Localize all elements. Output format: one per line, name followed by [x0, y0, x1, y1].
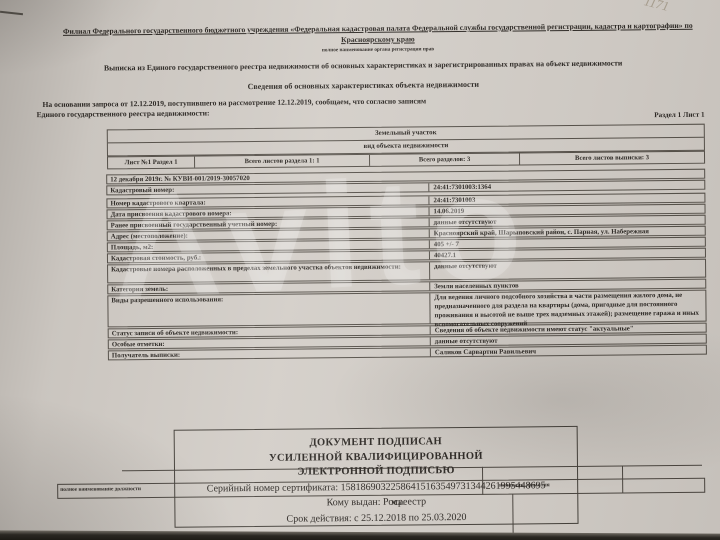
row-label: Кадастровая стоимость, руб.:	[108, 251, 430, 262]
sheet-cell-4: Всего листов выписки: 3	[520, 152, 704, 165]
stamp-validity: Срок действия: с 25.12.2018 по 25.03.202…	[286, 510, 466, 527]
basis-line-1: На основании запроса от 12.12.2019, пост…	[42, 96, 426, 109]
row-value: 405 +/- 7	[430, 238, 705, 249]
sheet-cell-3: Всего разделов: 3	[370, 153, 520, 165]
row-value: данные отсутствуют	[431, 335, 706, 346]
row-label: Номер кадастрового квартала:	[107, 196, 429, 207]
row-label: Статус записи об объекте недвижимости:	[109, 326, 431, 337]
row-label: Получатель выписки:	[109, 348, 431, 359]
row-label: Особые отметки:	[109, 337, 431, 348]
row-label: Дата присвоения кадастрового номера:	[108, 207, 430, 218]
row-label: Адрес (местоположение):	[108, 229, 430, 240]
section-sheet-label: Раздел 1 Лист 1	[559, 111, 705, 120]
row-value: Сведения об объекте недвижимости имеют с…	[431, 324, 706, 335]
sheet-cell-1: Лист №1 Раздел 1	[108, 157, 195, 169]
row-value: 14.06.2019	[429, 205, 704, 216]
row-value: данные отсутствуют	[430, 260, 705, 280]
stamp-issued-to: Кому выдан: Росреестр	[327, 495, 427, 512]
egrn-extract-document: Филиал Федерального государственного бюд…	[0, 0, 720, 540]
row-label: Категория земель:	[108, 282, 430, 293]
stamp-line-3: ЭЛЕКТРОННОЙ ПОДПИСЬЮ	[297, 464, 455, 480]
position-caption: полное наименование должности	[60, 486, 141, 493]
row-label: Площадь, м2:	[108, 240, 430, 251]
row-value: 40427.1	[430, 249, 705, 260]
row-label: Виды разрешенного использования:	[108, 293, 430, 326]
row-value: Земли населенных пунктов	[430, 280, 705, 291]
row-value: 24:41:7301003:1364	[429, 181, 704, 192]
row-label: Кадастровый номер:	[107, 183, 429, 194]
row-value: Для ведения личного подсобного хозяйства…	[430, 291, 705, 324]
section-title: Сведения об основных характеристиках объ…	[18, 78, 708, 94]
sheet-cell-2: Всего листов раздела 1: 1	[195, 155, 370, 168]
basis-line-2: Единого государственного реестра недвижи…	[37, 108, 210, 119]
row-value: данные отсутствуют	[430, 216, 705, 227]
row-value: Саликов Сарвартин Равильевич	[431, 346, 706, 357]
row-label: Ранее присвоенный государственный учетны…	[108, 218, 430, 229]
document-photo: Филиал Федерального государственного бюд…	[0, 0, 720, 540]
table-row: Виды разрешенного использования: Для вед…	[107, 290, 706, 328]
details-table: 12 декабря 2019г. № КУВИ-001/2019-300570…	[106, 169, 707, 362]
row-value: Красноярский край, Шарыповский район, с.…	[430, 227, 705, 238]
row-label: Кадастровые номера расположенных в преде…	[108, 262, 430, 282]
statement-title: Выписка из Единого государственного реес…	[18, 58, 708, 74]
digital-signature-stamp: ДОКУМЕНТ ПОДПИСАН УСИЛЕННОЙ КВАЛИФИЦИРОВ…	[174, 426, 579, 528]
signature-divider	[622, 465, 623, 493]
stamp-serial: Серийный номер сертификата: 158186903225…	[207, 478, 546, 497]
stamp-line-1: ДОКУМЕНТ ПОДПИСАН	[309, 435, 442, 451]
row-value: 24:41:7301003	[429, 194, 704, 205]
